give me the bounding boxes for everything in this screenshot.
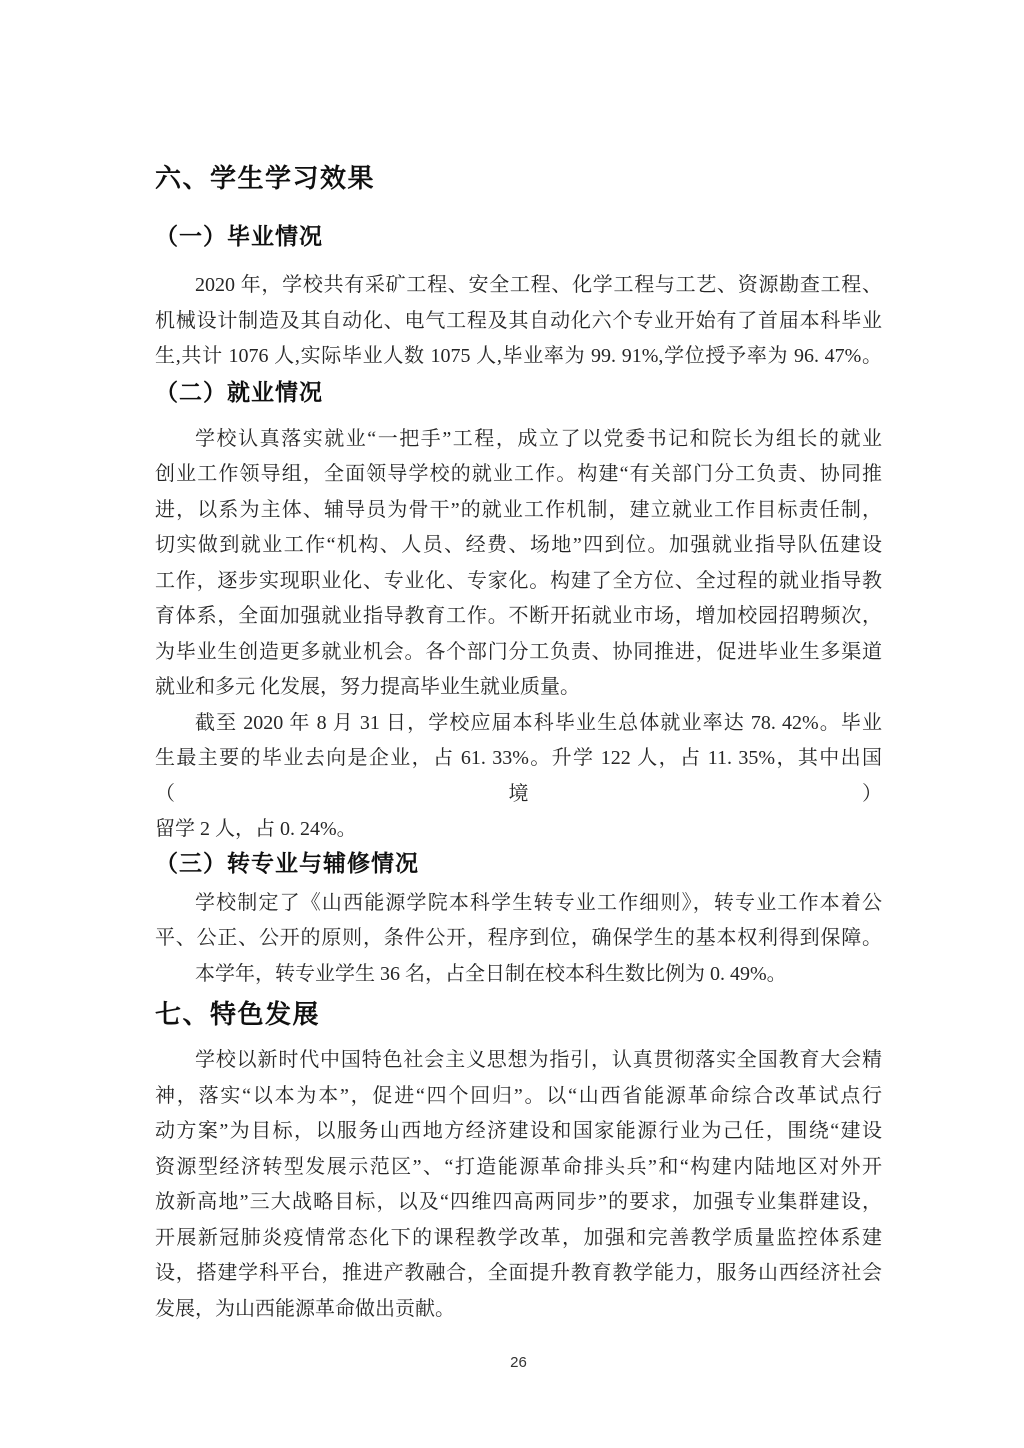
- paragraph-line: 动方案”为目标，以服务山西地方经济建设和国家能源行业为己任，围绕“建设: [155, 1114, 882, 1150]
- paragraph-line: 2020 年，学校共有采矿工程、安全工程、化学工程与工艺、资源勘查工程、: [155, 268, 882, 304]
- paragraph-line: 工作，逐步实现职业化、专业化、专家化。构建了全方位、全过程的就业指导教: [155, 564, 882, 600]
- paragraph-line: 放新高地”三大战略目标，以及“四维四高两同步”的要求，加强专业集群建设，: [155, 1185, 882, 1221]
- subsection-heading-graduation: （一）毕业情况: [155, 221, 882, 251]
- section-heading-six: 六、学生学习效果: [155, 162, 882, 195]
- paragraph-line: 创业工作领导组，全面领导学校的就业工作。构建“有关部门分工负责、协同推: [155, 457, 882, 493]
- paragraph-line: 就业和多元 化发展，努力提高毕业生就业质量。: [155, 670, 882, 706]
- page-number: 26: [155, 1355, 882, 1371]
- paragraph-line: 育体系，全面加强就业指导教育工作。不断开拓就业市场，增加校园招聘频次，: [155, 599, 882, 635]
- paragraph-line: 设，搭建学科平台，推进产教融合，全面提升教育教学能力，服务山西经济社会: [155, 1256, 882, 1292]
- paragraph-employment-1: 学校认真落实就业“一把手”工程，成立了以党委书记和院长为组长的就业 创业工作领导…: [155, 422, 882, 706]
- paragraph-line: 发展，为山西能源革命做出贡献。: [155, 1292, 882, 1328]
- paragraph-line: 生最主要的毕业去向是企业，占 61. 33%。升学 122 人，占 11. 35…: [155, 741, 882, 812]
- paragraph-line: 神，落实“以本为本”，促进“四个回归”。以“山西省能源革命综合改革试点行: [155, 1079, 882, 1115]
- paragraph-major-transfer-2: 本学年，转专业学生 36 名，占全日制在校本科生数比例为 0. 49%。: [155, 957, 882, 993]
- paragraph-graduation: 2020 年，学校共有采矿工程、安全工程、化学工程与工艺、资源勘查工程、 机械设…: [155, 268, 882, 375]
- paragraph-line: 为毕业生创造更多就业机会。各个部门分工负责、协同推进，促进毕业生多渠道: [155, 635, 882, 671]
- paragraph-line: 学校制定了《山西能源学院本科学生转专业工作细则》，转专业工作本着公: [155, 886, 882, 922]
- paragraph-featured-development: 学校以新时代中国特色社会主义思想为指引，认真贯彻落实全国教育大会精 神，落实“以…: [155, 1043, 882, 1327]
- paragraph-major-transfer-1: 学校制定了《山西能源学院本科学生转专业工作细则》，转专业工作本着公 平、公正、公…: [155, 886, 882, 957]
- paragraph-line: 学校以新时代中国特色社会主义思想为指引，认真贯彻落实全国教育大会精: [155, 1043, 882, 1079]
- section-heading-seven: 七、特色发展: [155, 998, 882, 1031]
- paragraph-employment-2: 截至 2020 年 8 月 31 日，学校应届本科毕业生总体就业率达 78. 4…: [155, 706, 882, 848]
- subsection-heading-major-transfer: （三）转专业与辅修情况: [155, 848, 882, 878]
- paragraph-line: 开展新冠肺炎疫情常态化下的课程教学改革，加强和完善教学质量监控体系建: [155, 1221, 882, 1257]
- document-page: 六、学生学习效果 （一）毕业情况 2020 年，学校共有采矿工程、安全工程、化学…: [0, 0, 1024, 1448]
- paragraph-line: 截至 2020 年 8 月 31 日，学校应届本科毕业生总体就业率达 78. 4…: [155, 706, 882, 742]
- paragraph-line: 切实做到就业工作“机构、人员、经费、场地”四到位。加强就业指导队伍建设: [155, 528, 882, 564]
- paragraph-line: 生,共计 1076 人,实际毕业人数 1075 人,毕业率为 99. 91%,学…: [155, 339, 882, 375]
- paragraph-line: 本学年，转专业学生 36 名，占全日制在校本科生数比例为 0. 49%。: [155, 957, 882, 993]
- document-content: 六、学生学习效果 （一）毕业情况 2020 年，学校共有采矿工程、安全工程、化学…: [155, 162, 882, 1371]
- subsection-heading-employment: （二）就业情况: [155, 377, 882, 407]
- paragraph-line: 机械设计制造及其自动化、电气工程及其自动化六个专业开始有了首届本科毕业: [155, 304, 882, 340]
- paragraph-line: 进，以系为主体、辅导员为骨干”的就业工作机制，建立就业工作目标责任制，: [155, 493, 882, 529]
- paragraph-line: 平、公正、公开的原则，条件公开，程序到位，确保学生的基本权利得到保障。: [155, 921, 882, 957]
- paragraph-line: 资源型经济转型发展示范区”、“打造能源革命排头兵”和“构建内陆地区对外开: [155, 1150, 882, 1186]
- paragraph-line: 留学 2 人，占 0. 24%。: [155, 812, 882, 848]
- paragraph-line: 学校认真落实就业“一把手”工程，成立了以党委书记和院长为组长的就业: [155, 422, 882, 458]
